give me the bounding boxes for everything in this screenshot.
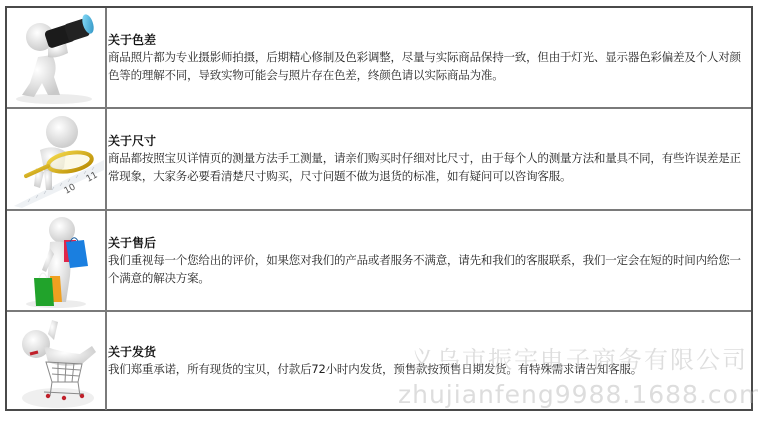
section-after-sales: 关于售后 我们重视每一个您给出的评价，如果您对我们的产品或者服务不满意，请先和我… xyxy=(7,211,751,312)
section-text: 关于尺寸 商品都按照宝贝详情页的测量方法手工测量，请亲们购买时仔细对比尺寸，由于… xyxy=(107,109,751,209)
section-text: 关于发货 我们郑重承诺，所有现货的宝贝，付款后72小时内发货，预售款按预售日期发… xyxy=(107,312,751,410)
section-title: 关于售后 xyxy=(108,235,741,251)
section-text: 关于售后 我们重视每一个您给出的评价，如果您对我们的产品或者服务不满意，请先和我… xyxy=(107,211,751,310)
section-title: 关于色差 xyxy=(108,32,741,48)
section-title: 关于尺寸 xyxy=(108,133,741,149)
section-body: 我们郑重承诺，所有现货的宝贝，付款后72小时内发货，预售款按预售日期发货。有特殊… xyxy=(108,360,741,378)
section-body: 商品照片都为专业摄影师拍摄，后期精心修制及色彩调整，尽量与实际商品保持一致，但由… xyxy=(108,48,741,84)
section-body: 商品都按照宝贝详情页的测量方法手工测量，请亲们购买时仔细对比尺寸，由于每个人的测… xyxy=(108,149,741,185)
photographer-figure-icon xyxy=(7,8,107,107)
section-size: 10 11 关于尺寸 商品都按照宝贝详情页的测量方法手工测量，请亲们购买时仔细对… xyxy=(7,109,751,211)
section-body: 我们重视每一个您给出的评价，如果您对我们的产品或者服务不满意，请先和我们的客服联… xyxy=(108,251,741,287)
shopping-bags-figure-icon xyxy=(7,211,107,310)
magnifier-ruler-figure-icon: 10 11 xyxy=(7,109,107,209)
section-title: 关于发货 xyxy=(108,344,741,360)
shopping-cart-figure-icon xyxy=(7,312,107,410)
notice-table: 关于色差 商品照片都为专业摄影师拍摄，后期精心修制及色彩调整，尽量与实际商品保持… xyxy=(5,6,753,411)
section-text: 关于色差 商品照片都为专业摄影师拍摄，后期精心修制及色彩调整，尽量与实际商品保持… xyxy=(107,8,751,107)
section-color-difference: 关于色差 商品照片都为专业摄影师拍摄，后期精心修制及色彩调整，尽量与实际商品保持… xyxy=(7,8,751,109)
section-shipping: 关于发货 我们郑重承诺，所有现货的宝贝，付款后72小时内发货，预售款按预售日期发… xyxy=(7,312,751,410)
